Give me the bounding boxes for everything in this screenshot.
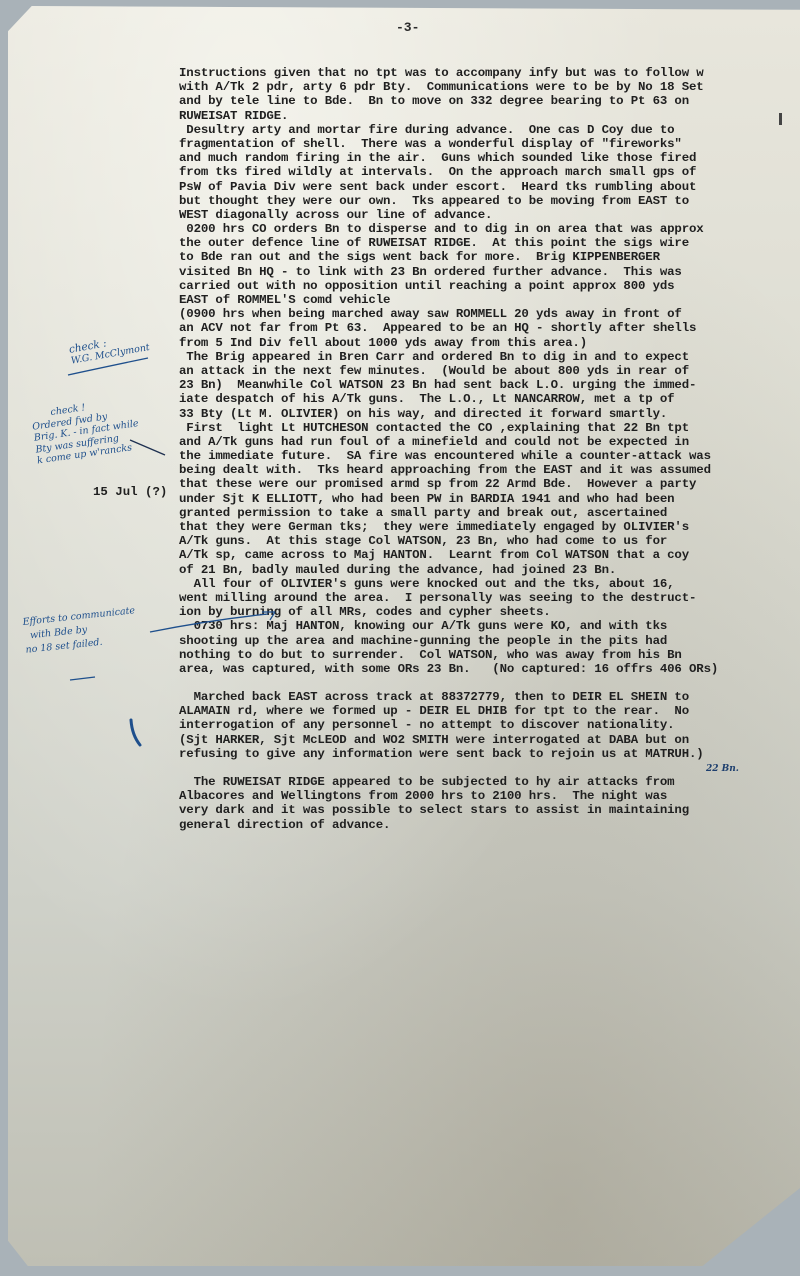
- ink-strokes: [0, 0, 800, 1276]
